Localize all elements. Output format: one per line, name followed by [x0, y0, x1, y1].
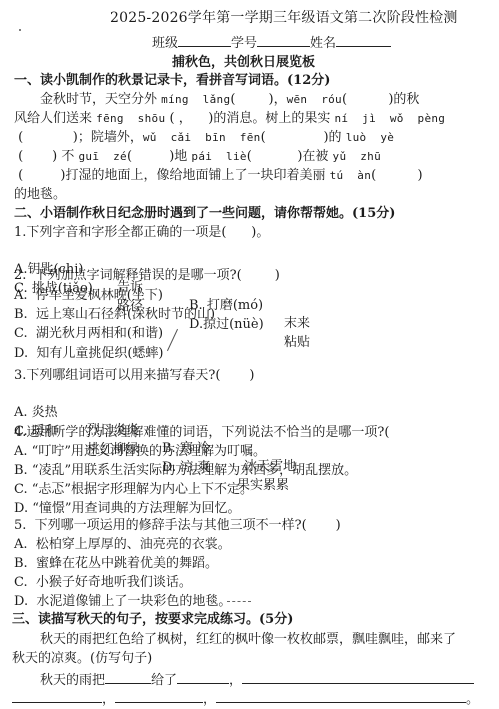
section3-passage-line-1: 秋天的雨把红色给了枫树，红红的枫叶像一枚枚邮票，飘哇飘哇，邮来了: [40, 631, 456, 649]
pinyin-pailie: pái liè: [191, 150, 246, 163]
pinyin-minglang: míng lǎng: [161, 93, 230, 106]
theme-subtitle: 捕秋色，共创秋日展览板: [172, 54, 315, 72]
answer-blank[interactable]: ( )在被: [247, 149, 333, 164]
q5-stem: 5. 下列哪一项运用的修辞手法与其他三项不一样?( ): [14, 517, 341, 535]
name-field[interactable]: [336, 33, 391, 47]
pinyin-fengshou: fēng shōu: [96, 112, 165, 125]
imitation-blank-5[interactable]: [115, 689, 203, 703]
q4-stem: 4.运用所学的方法理解难懂的词语，下列说法不恰当的是哪一项?(: [14, 424, 389, 442]
student-info-row: 班级学号姓名: [152, 33, 391, 53]
name-label: 姓名: [310, 36, 336, 51]
answer-blank[interactable]: ( )，: [230, 92, 286, 107]
pinyin-yuzhu: yǔ zhū: [333, 150, 381, 163]
q1-stem: 1.下列字音和字形全都正确的一项是( )。: [14, 224, 269, 242]
answer-blank[interactable]: ( )的秋: [342, 92, 419, 107]
pen-squiggle: [227, 598, 251, 602]
pinyin-luoye: luò yè: [346, 131, 394, 144]
pinyin-guize: guī zé: [78, 150, 126, 163]
answer-blank[interactable]: ( ， )的消息。树上的果实: [165, 111, 334, 126]
section2-heading: 二、小语制作秋日纪念册时遇到了一些问题，请你帮帮她。(15分): [14, 205, 395, 223]
q4-option-b[interactable]: B. “凌乱”用联系生活实际的方法理解为东西多，胡乱摆放。: [14, 462, 357, 480]
pinyin-nijiwopeng: ní jì wǒ pèng: [334, 112, 445, 125]
imitation-blank-2[interactable]: [177, 670, 229, 684]
q2-option-c[interactable]: C. 湖光秋月两相和(和谐): [14, 325, 163, 343]
q3-stem: 3.下列哪组词语可以用来描写春天?( ): [14, 367, 254, 385]
scan-speck: [19, 29, 21, 31]
pen-mark: [167, 329, 178, 351]
answer-blank[interactable]: ( )打湿的地面上，像给地面铺上了一块印着美丽: [14, 168, 330, 183]
class-field[interactable]: [178, 33, 231, 47]
student-id-label: 学号: [231, 36, 257, 51]
exam-title: 2025-2026学年第一学期三年级语文第二次阶段性检测: [110, 9, 458, 27]
student-id-field[interactable]: [257, 33, 310, 47]
section3-passage-line-2: 秋天的凉爽。(仿写句子): [12, 650, 152, 668]
q1-option-b-word2: 末来: [284, 315, 310, 333]
pinyin-tuan: tú àn: [330, 169, 372, 182]
imitation-blank-3[interactable]: [242, 670, 474, 684]
q5-option-a[interactable]: A. 松柏穿上厚厚的、油亮亮的衣裳。: [14, 536, 231, 554]
q2-option-a[interactable]: A. 停车坐爱枫林晚(坐下): [14, 287, 163, 305]
pinyin-wucaibinfen: wǔ cǎi bīn fēn: [143, 131, 261, 144]
q5-option-c[interactable]: C. 小猴子好奇地听我们谈话。: [14, 574, 192, 592]
q2-option-b[interactable]: B. 远上寒山石径斜(深秋时节的山): [14, 306, 215, 324]
q4-option-a[interactable]: A. “叮咛”用近义词替换的方法理解为叮嘱。: [14, 443, 266, 461]
imitation-line-2: ，，。: [12, 689, 479, 709]
q5-option-d[interactable]: D. 水泥道像铺上了一块彩色的地毯。: [14, 593, 231, 611]
section1-line-3: ( )；院墙外，wǔ cǎi bīn fēn( )的 luò yè: [14, 129, 394, 147]
answer-blank[interactable]: ( )；院墙外，: [14, 130, 143, 145]
answer-blank[interactable]: ( ) 不: [14, 149, 78, 164]
q4-option-c[interactable]: C. “忐忑”根据字形理解为内心上下不定。: [14, 481, 253, 499]
answer-blank[interactable]: ( )的: [261, 130, 346, 145]
imitation-blank-6[interactable]: [216, 689, 466, 703]
section1-heading: 一、读小凯制作的秋景记录卡，看拼音写词语。(12分): [14, 72, 330, 90]
answer-blank[interactable]: ( ): [371, 168, 422, 183]
q1-option-d-word2: 粘贴: [284, 334, 310, 352]
pinyin-wenrou: wēn róu: [287, 93, 342, 106]
section1-line-5: ( )打湿的地面上，像给地面铺上了一块印着美丽 tú àn( ): [14, 167, 423, 185]
section1-line-2: 风给人们送来 fēng shōu ( ， )的消息。树上的果实 ní jì wǒ…: [14, 110, 445, 128]
imitation-blank-1[interactable]: [105, 670, 151, 684]
imitation-blank-4[interactable]: [12, 689, 102, 703]
section1-line-1: 金秋时节，天空分外 míng lǎng( )，wēn róu( )的秋: [40, 91, 419, 109]
section3-heading: 三、读描写秋天的句子，按要求完成练习。(5分): [12, 611, 293, 629]
q2-stem: 2. 下列加点字词解释错误的是哪一项?( ): [14, 267, 280, 285]
q2-option-d[interactable]: D. 知有儿童挑促织(蟋蟀): [14, 345, 164, 363]
q4-option-d[interactable]: D. “憧憬”用查词典的方法理解为回忆。: [14, 500, 241, 518]
class-label: 班级: [152, 36, 178, 51]
q5-option-b[interactable]: B. 蜜蜂在花丛中跳着优美的舞蹈。: [14, 555, 218, 573]
imitation-line-1: 秋天的雨把给了，: [40, 670, 474, 690]
answer-blank[interactable]: ( )地: [127, 149, 191, 164]
section1-line-6: 的地毯。: [14, 186, 66, 204]
exam-page: 2025-2026学年第一学期三年级语文第二次阶段性检测 班级学号姓名 捕秋色，…: [0, 0, 499, 709]
section1-line-4: ( ) 不 guī zé( )地 pái liè( )在被 yǔ zhū: [14, 148, 381, 166]
